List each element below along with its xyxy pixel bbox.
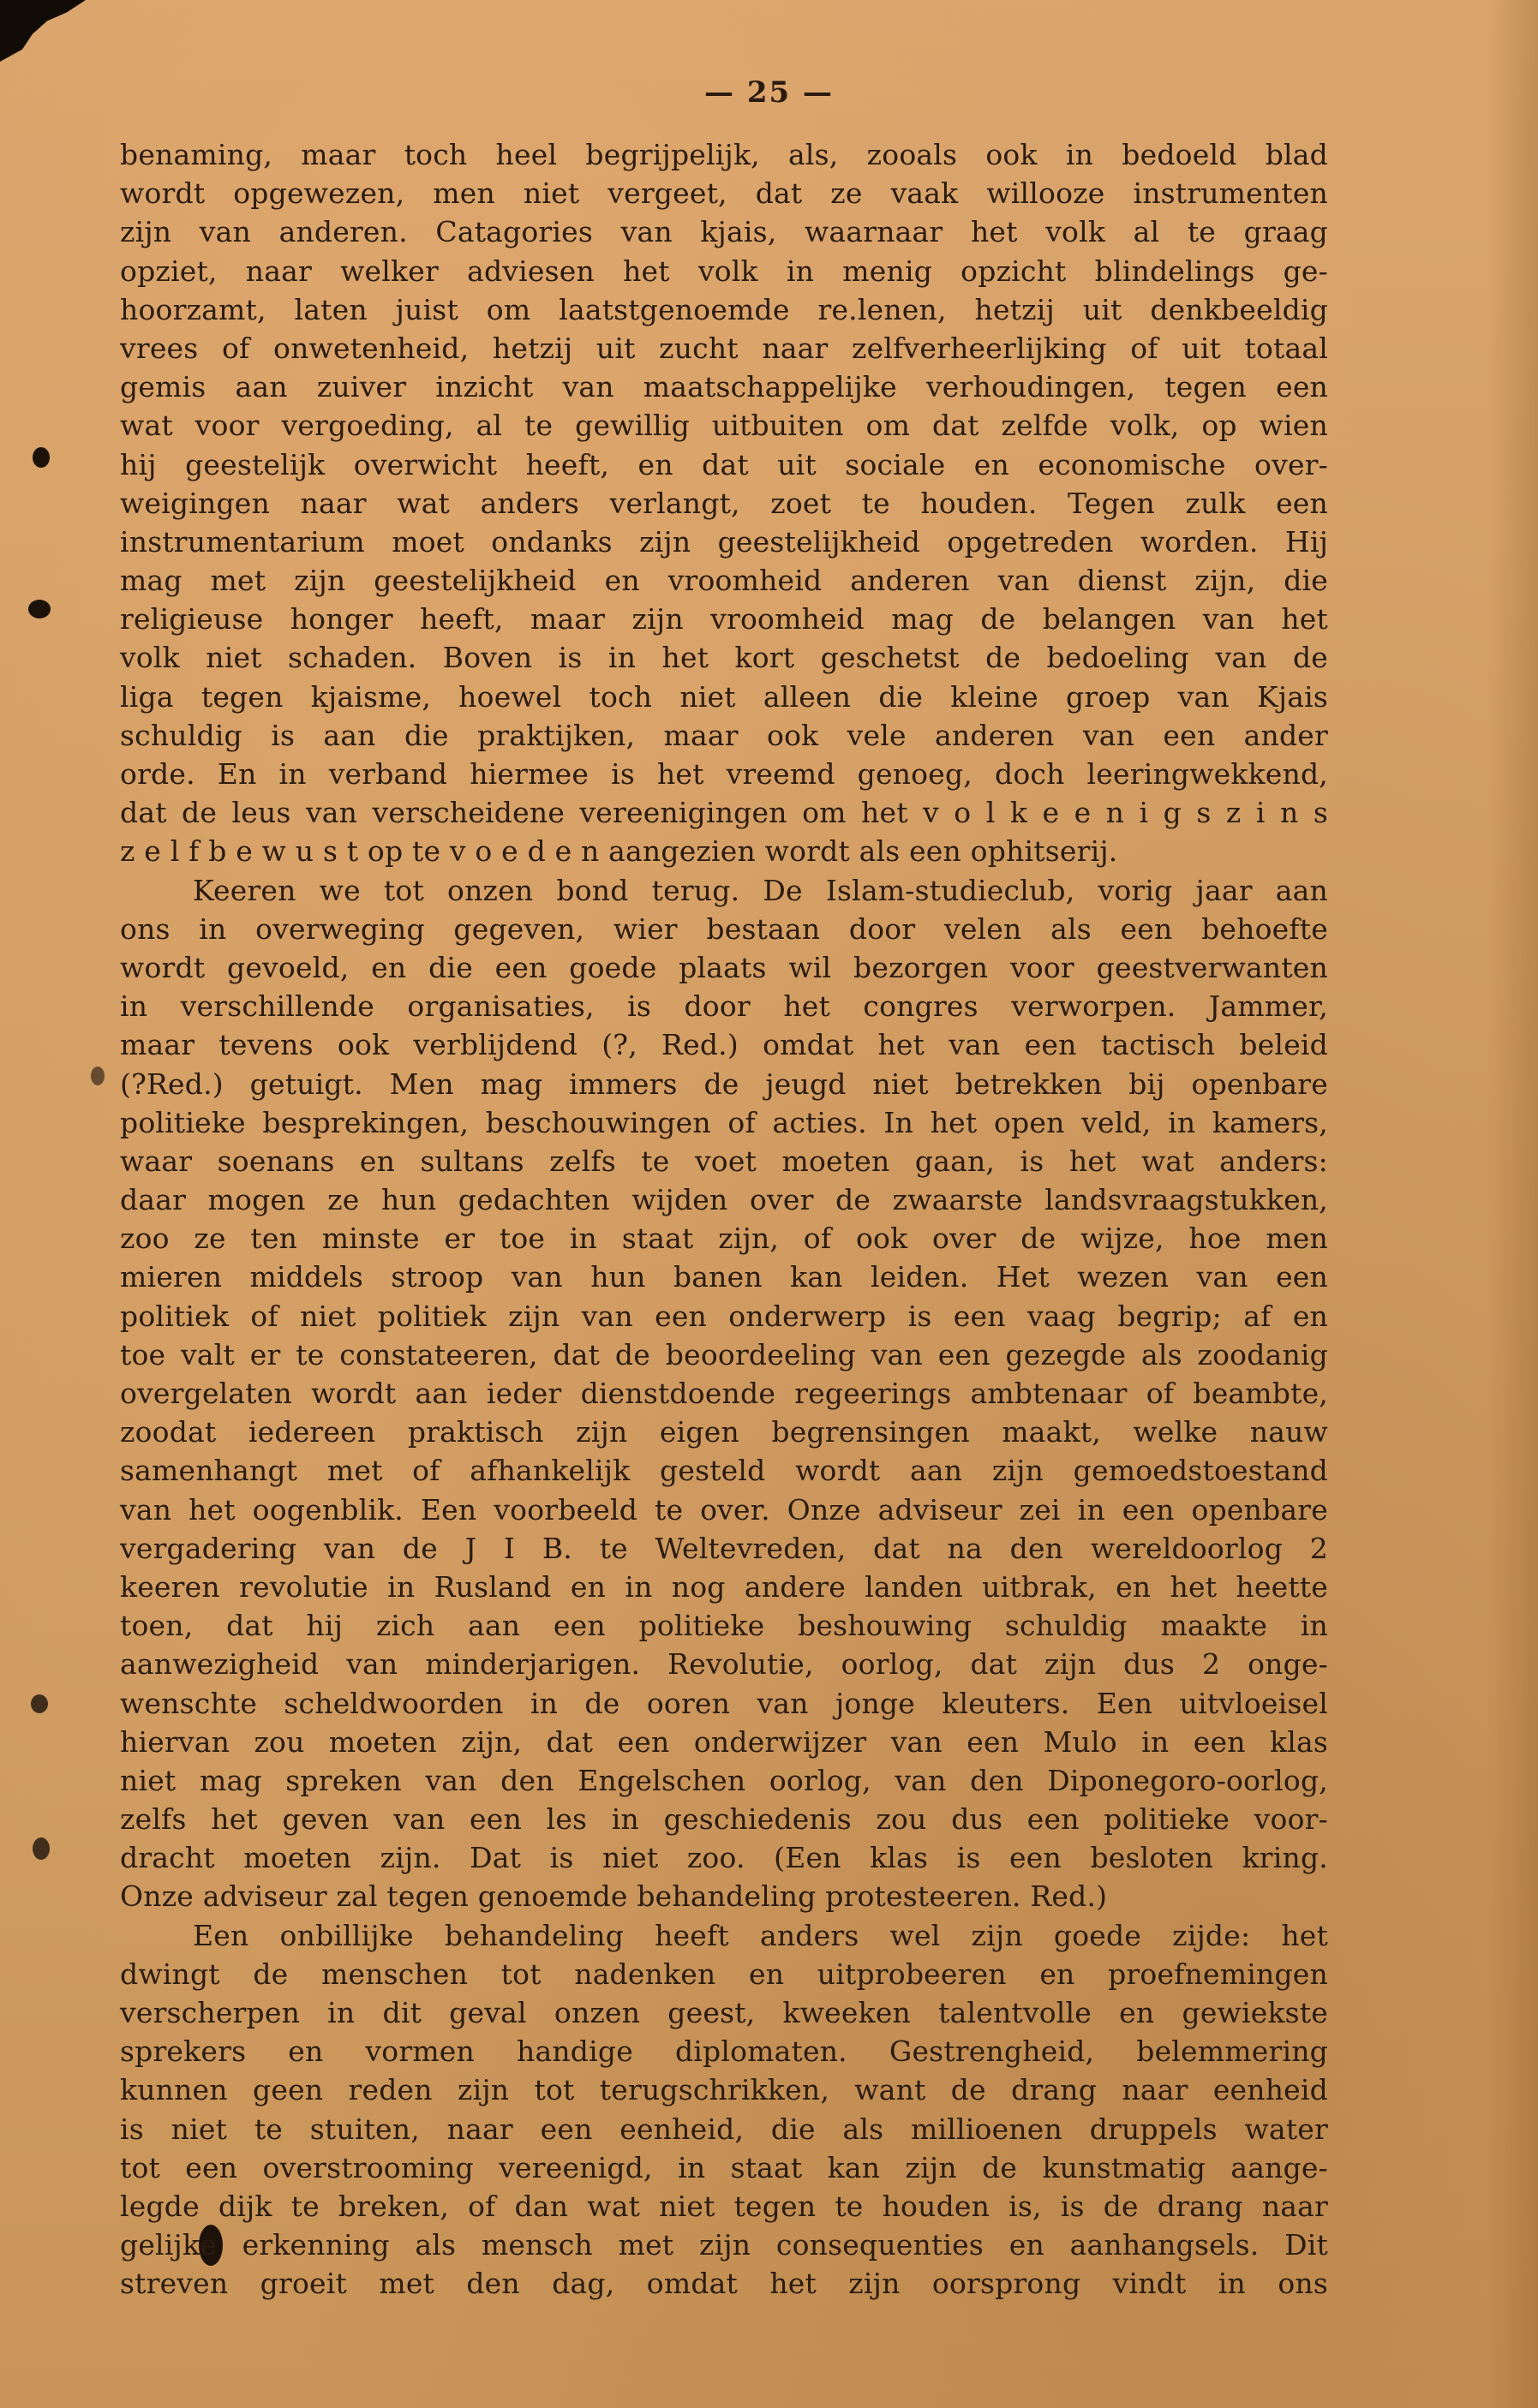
text-line: Een onbillijke behandeling heeft anders … [120, 1916, 1328, 1955]
text-line: zoo ze ten minste er toe in staat zijn, … [120, 1219, 1328, 1258]
text-line: ons in overweging gegeven, wier bestaan … [120, 910, 1328, 948]
binding-hole [31, 1694, 48, 1713]
text-line: dracht moeten zijn. Dat is niet zoo. (Ee… [120, 1838, 1328, 1877]
text-line: benaming, maar toch heel begrijpelijk, a… [120, 135, 1328, 174]
scanned-page: — 25 — benaming, maar toch heel begrijpe… [0, 0, 1538, 2408]
text-line: sprekers en vormen handige diplomaten. G… [120, 2032, 1328, 2070]
text-line: vergadering van de J I B. te Weltevreden… [120, 1529, 1328, 1568]
text-line: liga tegen kjaisme, hoewel toch niet all… [120, 678, 1328, 716]
text-line: daar mogen ze hun gedachten wijden over … [120, 1180, 1328, 1219]
text-line: waar soenans en sultans zelfs te voet mo… [120, 1142, 1328, 1180]
text-line: dat de leus van verscheidene vereeniging… [120, 793, 1328, 832]
binding-hole [33, 447, 50, 468]
text-line: vrees of onwetenheid, hetzij uit zucht n… [120, 329, 1328, 367]
text-line: keeren revolutie in Rusland en in nog an… [120, 1568, 1328, 1606]
binding-hole [33, 1837, 50, 1860]
text-line: zijn van anderen. Catagories van kjais, … [120, 212, 1328, 251]
text-line: samenhangt met of afhankelijk gesteld wo… [120, 1451, 1328, 1490]
text-line: politiek of niet politiek zijn van een o… [120, 1297, 1328, 1335]
text-line: volk niet schaden. Boven is in het kort … [120, 638, 1328, 677]
text-line: politieke besprekingen, beschouwingen of… [120, 1103, 1328, 1142]
text-line: van het oogenblik. Een voorbeeld te over… [120, 1491, 1328, 1529]
text-line: toen, dat hij zich aan een politieke bes… [120, 1606, 1328, 1645]
text-line: zoodat iedereen praktisch zijn eigen beg… [120, 1413, 1328, 1451]
text-line: streven groeit met den dag, omdat het zi… [120, 2264, 1328, 2303]
page-number: — 25 — [0, 75, 1538, 110]
page-edge-shadow [1487, 0, 1538, 2408]
text-line: Onze adviseur zal tegen genoemde behande… [120, 1877, 1328, 1915]
text-line: weigingen naar wat anders verlangt, zoet… [120, 484, 1328, 523]
text-line: schuldig is aan die praktijken, maar ook… [120, 716, 1328, 755]
text-line: hiervan zou moeten zijn, dat een onderwi… [120, 1723, 1328, 1761]
text-line: wordt opgewezen, men niet vergeet, dat z… [120, 174, 1328, 212]
text-line: wat voor vergoeding, al te gewillig uitb… [120, 406, 1328, 445]
text-line: wenschte scheldwoorden in de ooren van j… [120, 1684, 1328, 1723]
text-line: z e l f b e w u s t op te v o e d e n aa… [120, 832, 1328, 870]
text-line: opziet, naar welker adviesen het volk in… [120, 252, 1328, 290]
text-line: mag met zijn geestelijkheid en vroomheid… [120, 561, 1328, 600]
text-line: instrumentarium moet ondanks zijn geeste… [120, 523, 1328, 561]
text-line: kunnen geen reden zijn tot terugschrikke… [120, 2070, 1328, 2109]
text-line: Keeren we tot onzen bond terug. De Islam… [120, 871, 1328, 910]
text-line: niet mag spreken van den Engelschen oorl… [120, 1761, 1328, 1800]
text-line: hoorzamt, laten juist om laatstgenoemde … [120, 290, 1328, 329]
ink-stain [91, 1067, 105, 1085]
text-line: maar tevens ook verblijdend (?, Red.) om… [120, 1025, 1328, 1064]
text-line: zelfs het geven van een les in geschiede… [120, 1800, 1328, 1838]
text-line: mieren middels stroop van hun banen kan … [120, 1258, 1328, 1296]
binding-hole [28, 600, 51, 618]
text-line: gelijke erkenning als mensch met zijn co… [120, 2226, 1328, 2264]
text-line: wordt gevoeld, en die een goede plaats w… [120, 948, 1328, 987]
text-line: hij geestelijk overwicht heeft, en dat u… [120, 445, 1328, 484]
text-line: gemis aan zuiver inzicht van maatschappe… [120, 367, 1328, 406]
text-line: legde dijk te breken, of dan wat niet te… [120, 2187, 1328, 2226]
text-line: religieuse honger heeft, maar zijn vroom… [120, 600, 1328, 638]
text-line: dwingt de menschen tot nadenken en uitpr… [120, 1955, 1328, 1993]
text-line: in verschillende organisaties, is door h… [120, 987, 1328, 1025]
text-line: orde. En in verband hiermee is het vreem… [120, 755, 1328, 793]
text-line: toe valt er te constateeren, dat de beoo… [120, 1335, 1328, 1374]
text-line: is niet te stuiten, naar een eenheid, di… [120, 2110, 1328, 2148]
text-line: aanwezigheid van minderjarigen. Revoluti… [120, 1645, 1328, 1683]
text-line: (?Red.) getuigt. Men mag immers de jeugd… [120, 1065, 1328, 1103]
text-line: tot een overstrooming vereenigd, in staa… [120, 2148, 1328, 2187]
body-text: benaming, maar toch heel begrijpelijk, a… [120, 135, 1328, 2303]
torn-corner [0, 0, 86, 62]
text-line: overgelaten wordt aan ieder dienstdoende… [120, 1374, 1328, 1413]
text-line: verscherpen in dit geval onzen geest, kw… [120, 1993, 1328, 2032]
